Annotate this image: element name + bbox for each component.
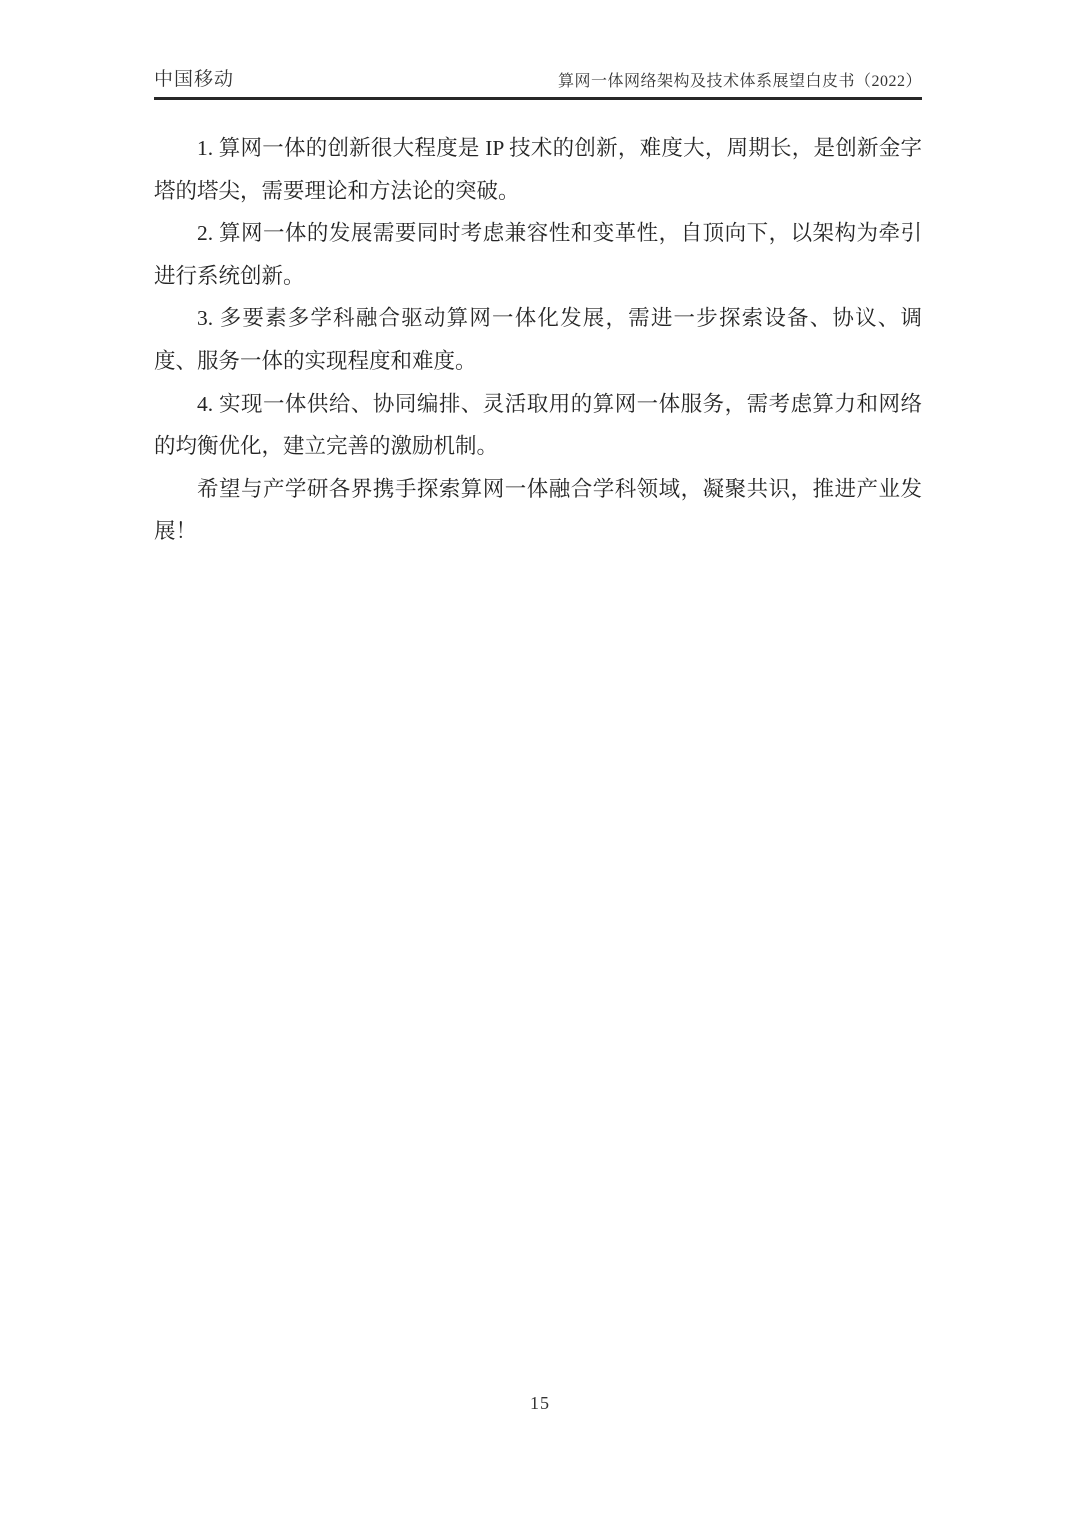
body-paragraph: 3. 多要素多学科融合驱动算网一体化发展，需进一步探索设备、协议、调度、服务一体…: [154, 297, 922, 382]
page-number: 15: [530, 1393, 550, 1413]
body-paragraph: 希望与产学研各界携手探索算网一体融合学科领域，凝聚共识，推进产业发展！: [154, 468, 922, 553]
brand-text: 中国移动: [154, 64, 234, 91]
body-paragraph: 4. 实现一体供给、协同编排、灵活取用的算网一体服务，需考虑算力和网络的均衡优化…: [154, 383, 922, 468]
body-paragraph: 1. 算网一体的创新很大程度是 IP 技术的创新，难度大，周期长，是创新金字塔的…: [154, 127, 922, 212]
page-header: 中国移动 算网一体网络架构及技术体系展望白皮书（2022）: [154, 64, 922, 100]
header-title: 算网一体网络架构及技术体系展望白皮书（2022）: [558, 68, 922, 91]
page-footer: 15: [0, 1393, 1080, 1414]
body-paragraph: 2. 算网一体的发展需要同时考虑兼容性和变革性，自顶向下，以架构为牵引进行系统创…: [154, 212, 922, 297]
document-body: 1. 算网一体的创新很大程度是 IP 技术的创新，难度大，周期长，是创新金字塔的…: [154, 127, 922, 553]
document-page: 中国移动 算网一体网络架构及技术体系展望白皮书（2022） 1. 算网一体的创新…: [0, 0, 1080, 1526]
